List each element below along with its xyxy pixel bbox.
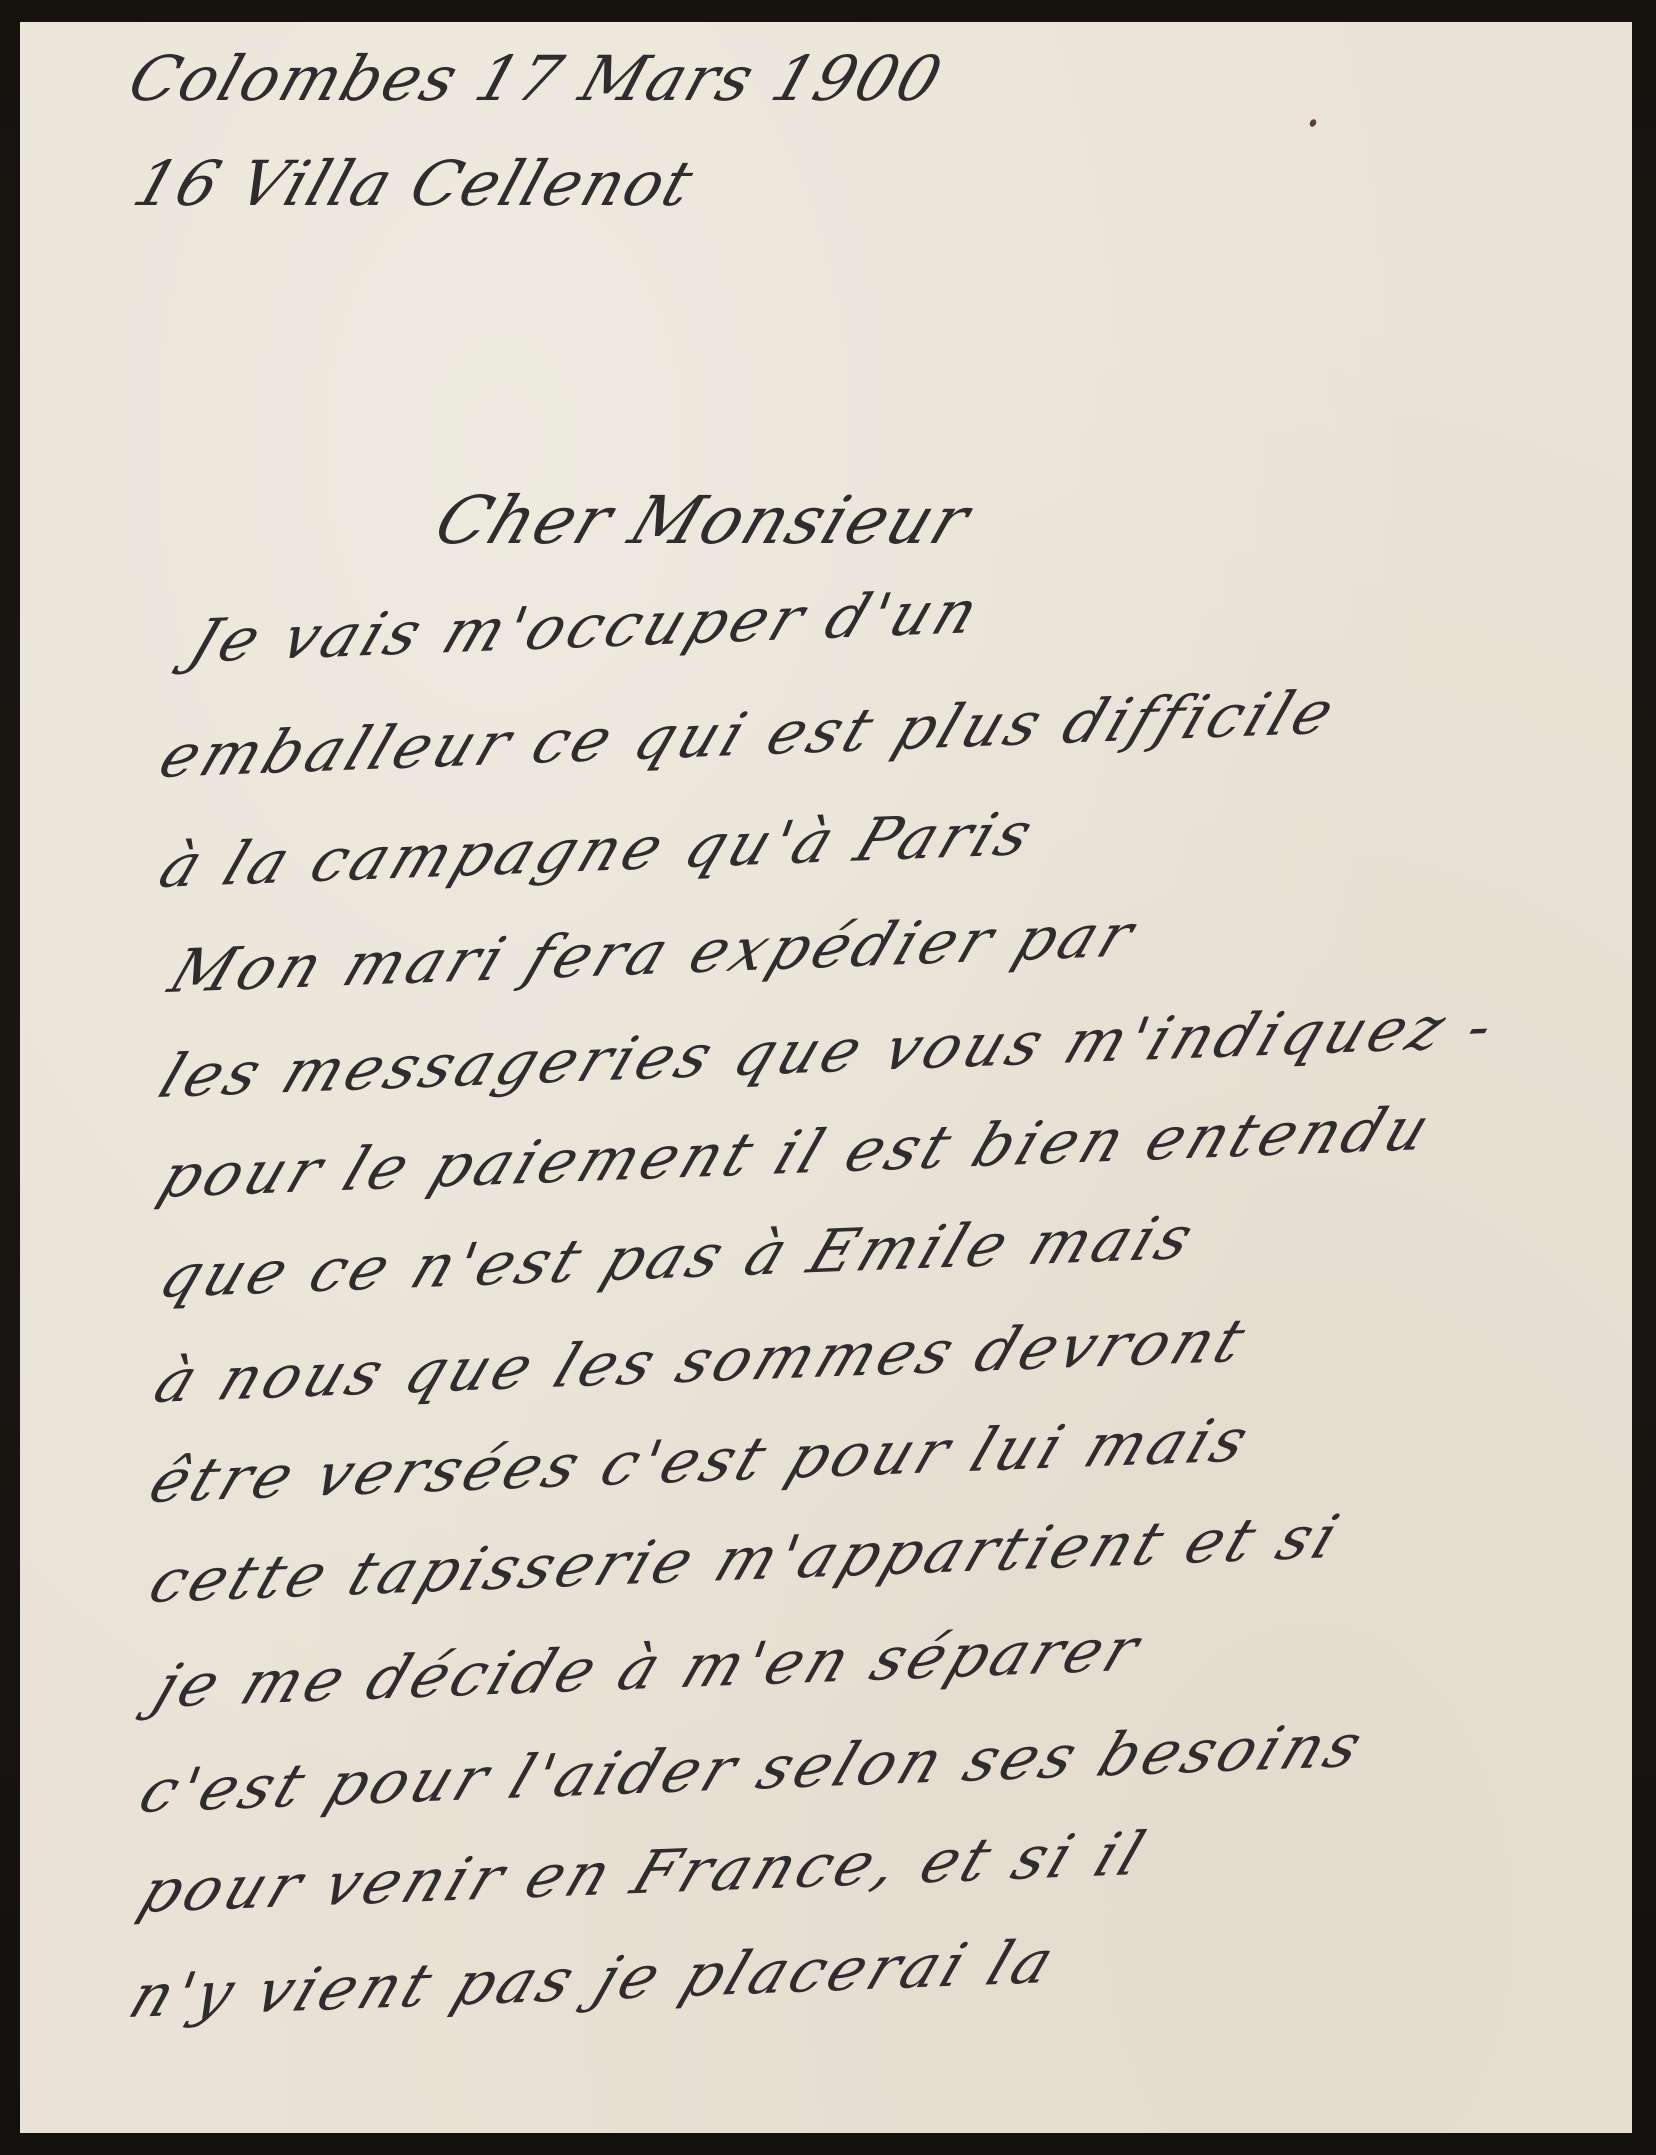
letter-page: Colombes 17 Mars 1900 16 Villa Cellenot … [20,22,1632,2133]
letter-body-line: pour venir en France, et si il [130,1819,1157,1927]
letter-body-line: les messageries que vous m'indiquez - [150,992,1507,1112]
letter-body-line: n'y vient pas je placerai la [120,1927,1067,2032]
letter-body-line: c'est pour l'aider selon ses besoins [130,1711,1375,1827]
letter-body-line: emballeur ce qui est plus difficile [150,678,1347,792]
letter-body-line: que ce n'est pas à Emile mais [150,1203,1206,1312]
letter-body-line: à la campagne qu'à Paris [150,799,1046,902]
letter-body-line: être versées c'est pour lui mais [140,1406,1261,1517]
letter-body-line: pour le paiement il est bien entendu [150,1094,1443,1212]
letter-address: 16 Villa Cellenot [125,147,704,220]
letter-place-date: Colombes 17 Mars 1900 [120,42,952,115]
letter-body-line: cette tapisserie m'appartient et si [140,1502,1352,1617]
letter-body-line: à nous que les sommes devront [145,1306,1258,1417]
letter-salutation: Cher Monsieur [425,482,982,559]
letter-body-line: Mon mari fera expédier par [160,901,1147,1007]
letter-body-line: Je vais m'occuper d'un [180,577,992,677]
letter-body-line: je me décide à m'en séparer [145,1615,1152,1722]
ink-speck [1308,118,1317,128]
